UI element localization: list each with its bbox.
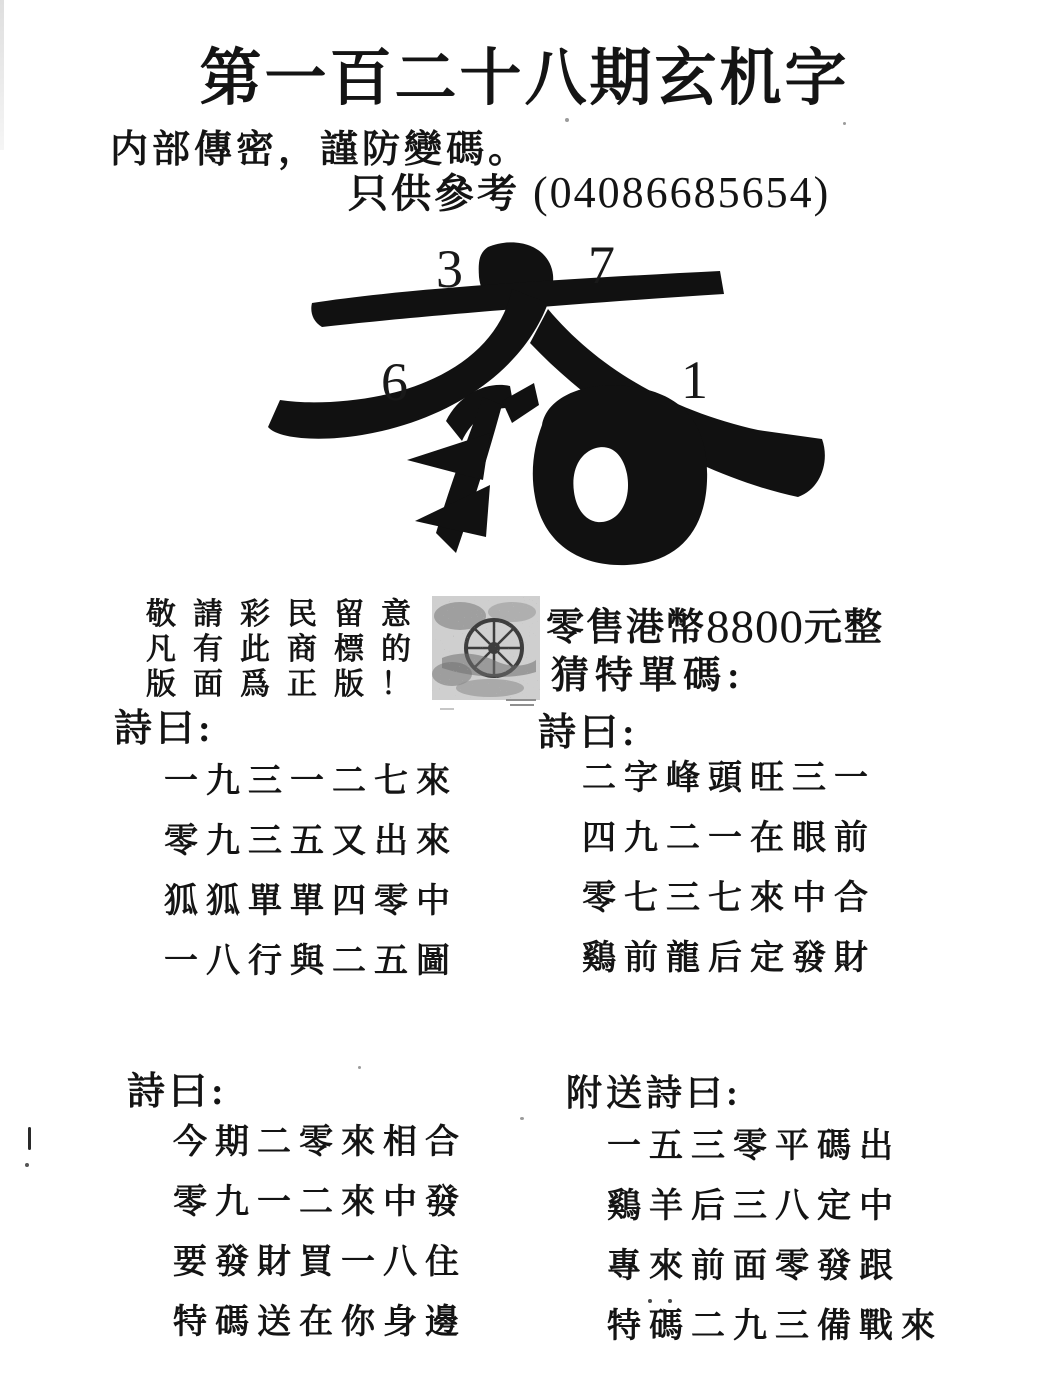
scan-artifact-mark bbox=[28, 1127, 31, 1150]
scan-edge-smudge bbox=[0, 0, 4, 150]
poem-label-top-right: 詩曰: bbox=[538, 701, 639, 756]
lottery-mystery-character-flyer: 第一百二十八期玄机字 内部傳密，謹防變碼。 只供參考 (04086685654) bbox=[0, 0, 1049, 1388]
poem-label-bottom-left: 詩曰: bbox=[127, 1060, 228, 1115]
price-prefix: 零售港幣 bbox=[546, 607, 706, 649]
scan-speck bbox=[843, 122, 846, 125]
poem-line: 零七三七來中合 bbox=[582, 869, 876, 929]
mystery-character-calligraphy: 3 7 6 1 bbox=[250, 233, 840, 575]
poem-label-top-left: 詩曰: bbox=[114, 697, 215, 752]
notice-line: 敬請彩民留意 bbox=[146, 597, 428, 632]
scan-artifact-dot bbox=[25, 1163, 29, 1167]
overlay-digit-bottom-right: 1 bbox=[681, 353, 708, 407]
scan-speck bbox=[358, 1066, 361, 1069]
poem-line: 二字峰頭旺三一 bbox=[582, 749, 876, 809]
guess-special-code-label: 猜特單碼: bbox=[551, 644, 746, 699]
stamp-smudge bbox=[440, 708, 454, 710]
stamp-smudge bbox=[510, 704, 534, 706]
poem-line: 鷄羊后三八定中 bbox=[607, 1177, 943, 1237]
scan-speck bbox=[520, 1117, 524, 1120]
poem-line: 一五三零平碼出 bbox=[607, 1117, 943, 1177]
trademark-stamp-image bbox=[432, 596, 540, 700]
scan-speck bbox=[668, 1299, 672, 1303]
brush-character-art bbox=[250, 233, 840, 575]
reference-line: 只供參考 (04086685654) bbox=[348, 162, 830, 219]
poem-line: 特碼二九三備戰來 bbox=[607, 1297, 943, 1357]
poem-bottom-left: 今期二零來相合 零九一二來中發 要發財買一八住 特碼送在你身邊 bbox=[173, 1113, 467, 1353]
scan-speck bbox=[648, 1299, 652, 1303]
poem-line: 今期二零來相合 bbox=[173, 1113, 467, 1173]
overlay-digit-bottom-left: 6 bbox=[381, 355, 408, 409]
poem-top-right: 二字峰頭旺三一 四九二一在眼前 零七三七來中合 鷄前龍后定發財 bbox=[582, 749, 876, 989]
overlay-digit-top-left: 3 bbox=[436, 242, 463, 296]
authenticity-notice: 敬請彩民留意 凡有此商標的 版面爲正版！ bbox=[146, 597, 428, 702]
stamp-smudge bbox=[506, 699, 536, 701]
poem-line: 四九二一在眼前 bbox=[582, 809, 876, 869]
wheel-stamp-icon bbox=[432, 596, 540, 700]
poem-top-left: 一九三一二七來 零九三五又出來 狐狐單單四零中 一八行與二五圖 bbox=[164, 752, 458, 992]
poem-line: 專來前面零發跟 bbox=[607, 1237, 943, 1297]
price-suffix: 元整 bbox=[804, 607, 884, 649]
reference-note: 只供參考 bbox=[348, 171, 520, 216]
poem-line: 鷄前龍后定發財 bbox=[582, 929, 876, 989]
poem-line: 一九三一二七來 bbox=[164, 752, 458, 812]
reference-number: (04086685654) bbox=[533, 168, 830, 217]
poem-line: 狐狐單單四零中 bbox=[164, 872, 458, 932]
overlay-digit-top-right: 7 bbox=[588, 238, 615, 292]
notice-line: 凡有此商標的 bbox=[146, 632, 428, 667]
poem-line: 一八行與二五圖 bbox=[164, 932, 458, 992]
poem-line: 特碼送在你身邊 bbox=[173, 1293, 467, 1353]
page-title: 第一百二十八期玄机字 bbox=[199, 28, 849, 117]
poem-label-bottom-right: 附送詩曰: bbox=[566, 1065, 742, 1116]
poem-bottom-right: 一五三零平碼出 鷄羊后三八定中 專來前面零發跟 特碼二九三備戰來 bbox=[607, 1117, 943, 1357]
poem-line: 零九三五又出來 bbox=[164, 812, 458, 872]
scan-speck bbox=[565, 118, 569, 122]
poem-line: 零九一二來中發 bbox=[173, 1173, 467, 1233]
poem-line: 要發財買一八住 bbox=[173, 1233, 467, 1293]
